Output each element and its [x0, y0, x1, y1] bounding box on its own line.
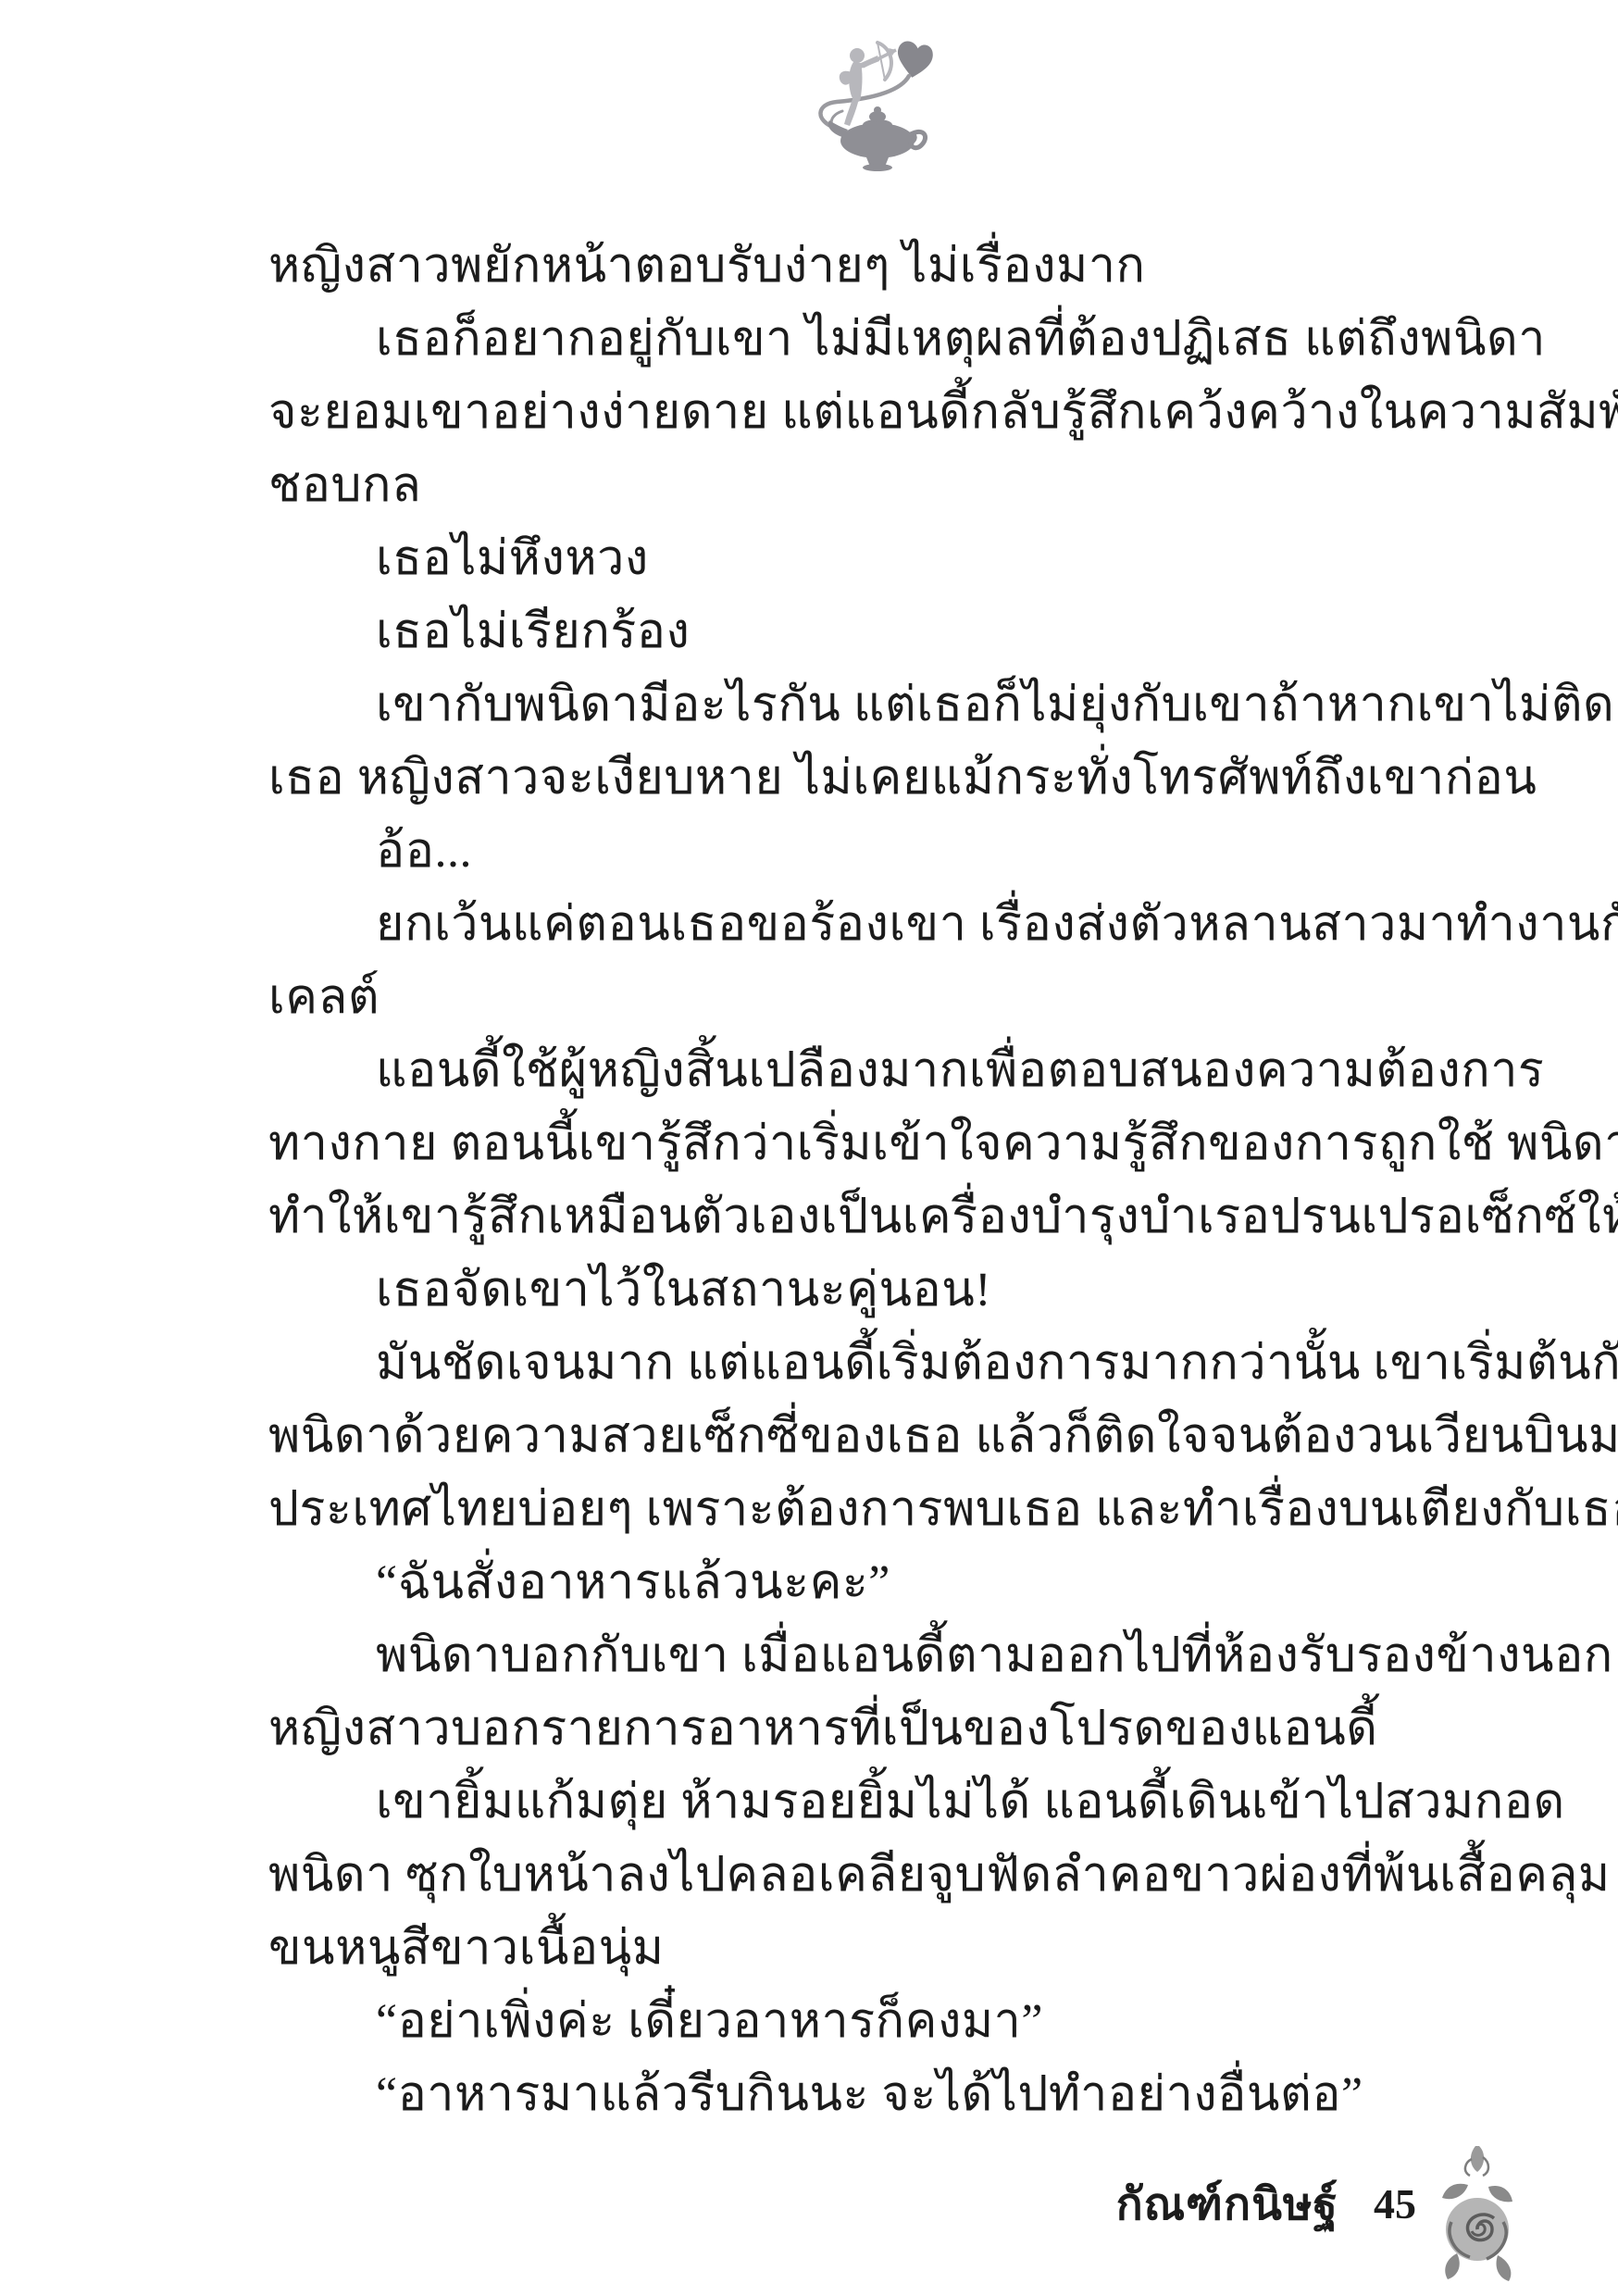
book-page: หญิงสาวพยักหน้าตอบรับง่ายๆ ไม่เรื่องมาก … [0, 0, 1618, 2296]
text-line: เคลต์ [268, 961, 1481, 1034]
text-line: เขายิ้มแก้มตุ่ย ห้ามรอยยิ้มไม่ได้ แอนดี้… [268, 1766, 1481, 1839]
text-line: เธอไม่หึงหวง [268, 522, 1481, 595]
page-number: 45 [1374, 2179, 1416, 2228]
cupid-heart-lamp-icon [789, 31, 946, 172]
text-line: ยกเว้นแค่ตอนเธอขอร้องเขา เรื่องส่งตัวหลา… [268, 888, 1481, 961]
page-footer: กัณฑ์กนิษฐ์ 45 [1116, 2120, 1525, 2288]
text-line: ทำให้เขารู้สึกเหมือนตัวเองเป็นเครื่องบำร… [268, 1180, 1481, 1254]
text-line: อ้อ... [268, 815, 1481, 888]
cupid-icon [840, 43, 896, 126]
text-line: เธอ หญิงสาวจะเงียบหาย ไม่เคยแม้กระทั่งโท… [268, 742, 1481, 815]
text-line: พนิดาบอกกับเขา เมื่อแอนดี้ตามออกไปที่ห้อ… [268, 1619, 1481, 1692]
text-line: เธอก็อยากอยู่กับเขา ไม่มีเหตุผลที่ต้องปฏ… [268, 303, 1481, 376]
cupid-heart-lamp-ornament [789, 31, 946, 172]
text-line: “อย่าเพิ่งค่ะ เดี๋ยวอาหารก็คงมา” [268, 1985, 1481, 2058]
text-line: ชอบกล [268, 449, 1481, 522]
text-line: พนิดา ซุกใบหน้าลงไปคลอเคลียจูบฟัดลำคอขาว… [268, 1839, 1481, 1912]
text-line: หญิงสาวบอกรายการอาหารที่เป็นของโปรดของแอ… [268, 1692, 1481, 1766]
text-line: เธอจัดเขาไว้ในสถานะคู่นอน! [268, 1254, 1481, 1327]
text-line: เธอไม่เรียกร้อง [268, 595, 1481, 668]
text-line: มันชัดเจนมาก แต่แอนดี้เริ่มต้องการมากกว่… [268, 1327, 1481, 1400]
body-text: หญิงสาวพยักหน้าตอบรับง่ายๆ ไม่เรื่องมาก … [268, 230, 1481, 2131]
smoke-swirl [820, 76, 909, 128]
text-line: ประเทศไทยบ่อยๆ เพราะต้องการพบเธอ และทำเร… [268, 1473, 1481, 1546]
heart-icon [894, 40, 934, 80]
text-line: เขากับพนิดามีอะไรกัน แต่เธอก็ไม่ยุ่งกับเ… [268, 668, 1481, 742]
rose-ornament [1429, 2144, 1525, 2288]
text-line: พนิดาด้วยความสวยเซ็กซี่ของเธอ แล้วก็ติดใ… [268, 1400, 1481, 1473]
rose-icon [1429, 2144, 1525, 2283]
text-line: ทางกาย ตอนนี้เขารู้สึกว่าเริ่มเข้าใจความ… [268, 1107, 1481, 1180]
text-line: หญิงสาวพยักหน้าตอบรับง่ายๆ ไม่เรื่องมาก [268, 230, 1481, 303]
text-line: จะยอมเขาอย่างง่ายดาย แต่แอนดี้กลับรู้สึก… [268, 376, 1481, 449]
book-title: กัณฑ์กนิษฐ์ [1116, 2169, 1338, 2240]
text-line: ขนหนูสีขาวเนื้อนุ่ม [268, 1912, 1481, 1985]
genie-lamp-icon [828, 106, 926, 171]
text-line: แอนดี้ใช้ผู้หญิงสิ้นเปลืองมากเพื่อตอบสนอ… [268, 1034, 1481, 1107]
text-line: “ฉันสั่งอาหารแล้วนะคะ” [268, 1546, 1481, 1619]
